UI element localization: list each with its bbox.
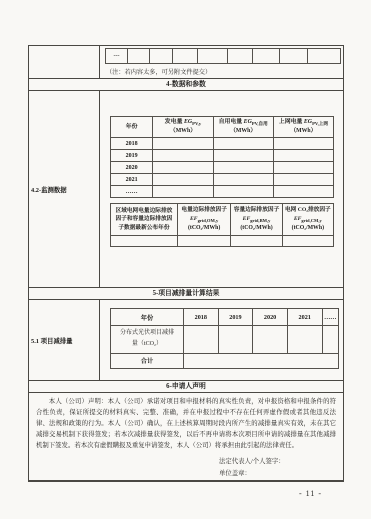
empty-cell bbox=[273, 186, 333, 198]
overflow-cell bbox=[173, 49, 198, 63]
col-sub: PV,y bbox=[192, 121, 201, 126]
overflow-cell bbox=[150, 49, 173, 63]
empty-cell bbox=[253, 326, 288, 354]
col-label: 电量边际排放因子 bbox=[181, 207, 227, 213]
bm-factor-header: 容量边际排放因子 EFgrid,BM,y (tCO₂/MWh) bbox=[231, 204, 282, 236]
section4-2-body: 年份 发电量 EGPV,y （MWh） 自用电量 EGPV,自用 （MWh） 上… bbox=[100, 91, 343, 287]
empty-cell bbox=[322, 326, 338, 354]
col-var: EG bbox=[244, 119, 252, 125]
attachment-note: （注：若内容太多，可另附文件提交） bbox=[105, 64, 341, 76]
generation-col-header: 发电量 EGPV,y （MWh） bbox=[153, 117, 213, 138]
empty-cell bbox=[273, 138, 333, 150]
continuation-left-cell bbox=[29, 46, 100, 78]
col-unit: （MWh） bbox=[214, 127, 273, 136]
reduction-table: 年份 2018 2019 2020 2021 …… 分布式光伏项目减排量（tCO… bbox=[110, 308, 339, 369]
col-sub: grid,OM,y bbox=[198, 218, 219, 223]
empty-cell bbox=[282, 236, 333, 247]
empty-cell bbox=[213, 162, 273, 174]
overflow-cell bbox=[280, 49, 308, 63]
col-sub: PV,自用 bbox=[252, 121, 268, 126]
signature-line: 法定代表人/个人签字： bbox=[219, 456, 336, 469]
empty-cell bbox=[177, 236, 231, 247]
year-header-cell: 年份 bbox=[111, 117, 153, 138]
year-cell: …… bbox=[111, 186, 153, 198]
page-number: - 11 - bbox=[299, 489, 322, 498]
self-use-col-header: 自用电量 EGPV,自用 （MWh） bbox=[213, 117, 273, 138]
application-form-table: --- （注：若内容太多，可另附文件提交） 4-数据和参数 4.2-监测数据 bbox=[28, 45, 344, 482]
section4-header: 4-数据和参数 bbox=[29, 78, 343, 91]
empty-cell bbox=[153, 162, 213, 174]
continuation-body: --- （注：若内容太多，可另附文件提交） bbox=[100, 46, 343, 78]
col-label: 上网电量 bbox=[279, 119, 304, 125]
overflow-cells-row: --- bbox=[105, 48, 341, 64]
col-unit: （MWh） bbox=[274, 127, 333, 136]
overflow-cell bbox=[198, 49, 228, 63]
col-var: EG bbox=[304, 119, 312, 125]
col-sub: grid,BM,y bbox=[250, 218, 270, 223]
total-value-cell bbox=[183, 353, 338, 368]
year-cell: 2020 bbox=[111, 162, 153, 174]
empty-cell bbox=[287, 326, 322, 354]
empty-cell bbox=[273, 174, 333, 186]
section4-2-label: 4.2-监测数据 bbox=[29, 91, 100, 287]
empty-cell bbox=[273, 150, 333, 162]
reduction-header-row: 年份 2018 2019 2020 2021 …… bbox=[111, 309, 339, 326]
grid-export-col-header: 上网电量 EGPV,上网 （MWh） bbox=[273, 117, 333, 138]
overflow-cell bbox=[308, 49, 340, 63]
table-row: …… bbox=[111, 186, 334, 198]
year-cell: 2021 bbox=[111, 174, 153, 186]
year-header-cell: 年份 bbox=[111, 309, 184, 326]
table-row: 分布式光伏项目减排量（tCO₂） bbox=[111, 326, 339, 354]
om-factor-header: 电量边际排放因子 EFgrid,OM,y (tCO₂/MWh) bbox=[177, 204, 231, 236]
declaration-section: 本人（公司）声明：本人（公司）承诺对项目和申报材料的真实性负责，对申报资格和申报… bbox=[29, 393, 343, 480]
overflow-cell bbox=[128, 49, 150, 63]
overflow-cell: --- bbox=[106, 49, 128, 63]
col-unit: (tCO₂/MWh) bbox=[180, 224, 229, 233]
signature-block: 法定代表人/个人签字： 单位盖章： bbox=[219, 456, 336, 481]
col-unit: (tCO₂/MWh) bbox=[285, 224, 331, 233]
total-label-cell: 合计 bbox=[111, 353, 184, 368]
empty-cell bbox=[213, 186, 273, 198]
section5-1-label: 5.1 项目减排量 bbox=[29, 300, 100, 380]
section4-2-row: 4.2-监测数据 年份 发电量 EGPV,y （MWh） 自用电量 EGPV,自… bbox=[29, 91, 343, 287]
section5-1-body: 年份 2018 2019 2020 2021 …… 分布式光伏项目减排量（tCO… bbox=[100, 300, 343, 380]
col-label: 自用电量 bbox=[219, 119, 244, 125]
section5-header: 5-项目减排量计算结果 bbox=[29, 287, 343, 300]
year-cell: …… bbox=[322, 309, 338, 326]
year-cell: 2018 bbox=[183, 309, 218, 326]
empty-cell bbox=[153, 186, 213, 198]
col-unit: （MWh） bbox=[153, 127, 212, 136]
seal-line: 单位盖章： bbox=[219, 468, 336, 481]
factor-source-header: 区域电网电量边际排放因子和容量边际排放因子数据最新公布年份 bbox=[111, 204, 178, 236]
empty-cell bbox=[213, 174, 273, 186]
col-var: EG bbox=[184, 119, 192, 125]
table-row bbox=[111, 236, 334, 247]
continuation-row: --- （注：若内容太多，可另附文件提交） bbox=[29, 46, 343, 78]
empty-cell bbox=[111, 236, 178, 247]
section6-header: 6-申请人声明 bbox=[29, 380, 343, 393]
empty-cell bbox=[273, 162, 333, 174]
document-page: --- （注：若内容太多，可另附文件提交） 4-数据和参数 4.2-监测数据 bbox=[0, 0, 371, 519]
declaration-text: 本人（公司）声明：本人（公司）承诺对项目和申报材料的真实性负责，对申报资格和申报… bbox=[36, 397, 336, 452]
overflow-cell bbox=[253, 49, 280, 63]
col-label: 容量边际排放因子 bbox=[234, 207, 280, 213]
col-sub: PV,上网 bbox=[312, 121, 328, 126]
emission-factor-table: 区域电网电量边际排放因子和容量边际排放因子数据最新公布年份 电量边际排放因子 E… bbox=[110, 203, 334, 247]
year-cell: 2019 bbox=[111, 150, 153, 162]
generation-table: 年份 发电量 EGPV,y （MWh） 自用电量 EGPV,自用 （MWh） 上… bbox=[110, 116, 334, 198]
col-label: 发电量 bbox=[165, 119, 184, 125]
col-sub: grid,CM,y bbox=[301, 218, 321, 223]
empty-cell bbox=[153, 174, 213, 186]
generation-header-row: 年份 发电量 EGPV,y （MWh） 自用电量 EGPV,自用 （MWh） 上… bbox=[111, 117, 334, 138]
overflow-cell bbox=[228, 49, 253, 63]
empty-cell bbox=[183, 326, 218, 354]
empty-cell bbox=[231, 236, 282, 247]
empty-cell bbox=[153, 150, 213, 162]
table-row: 合计 bbox=[111, 353, 339, 368]
reduction-row-label: 分布式光伏项目减排量（tCO₂） bbox=[111, 326, 184, 354]
factor-header-row: 区域电网电量边际排放因子和容量边际排放因子数据最新公布年份 电量边际排放因子 E… bbox=[111, 204, 334, 236]
cm-factor-header: 电网 CO₂排放因子 EFgrid,CM,y (tCO₂/MWh) bbox=[282, 204, 333, 236]
table-row: 2019 bbox=[111, 150, 334, 162]
year-cell: 2019 bbox=[218, 309, 253, 326]
year-cell: 2018 bbox=[111, 138, 153, 150]
section5-1-row: 5.1 项目减排量 年份 2018 2019 2020 2021 …… 分布式光… bbox=[29, 300, 343, 380]
col-var: EF bbox=[190, 216, 198, 222]
table-row: 2020 bbox=[111, 162, 334, 174]
table-row: 2018 bbox=[111, 138, 334, 150]
col-unit: (tCO₂/MWh) bbox=[233, 224, 279, 233]
year-cell: 2021 bbox=[287, 309, 322, 326]
table-row: 2021 bbox=[111, 174, 334, 186]
year-cell: 2020 bbox=[253, 309, 288, 326]
empty-cell bbox=[213, 150, 273, 162]
empty-cell bbox=[153, 138, 213, 150]
empty-cell bbox=[213, 138, 273, 150]
col-label: 电网 CO₂排放因子 bbox=[285, 207, 331, 213]
empty-cell bbox=[218, 326, 253, 354]
